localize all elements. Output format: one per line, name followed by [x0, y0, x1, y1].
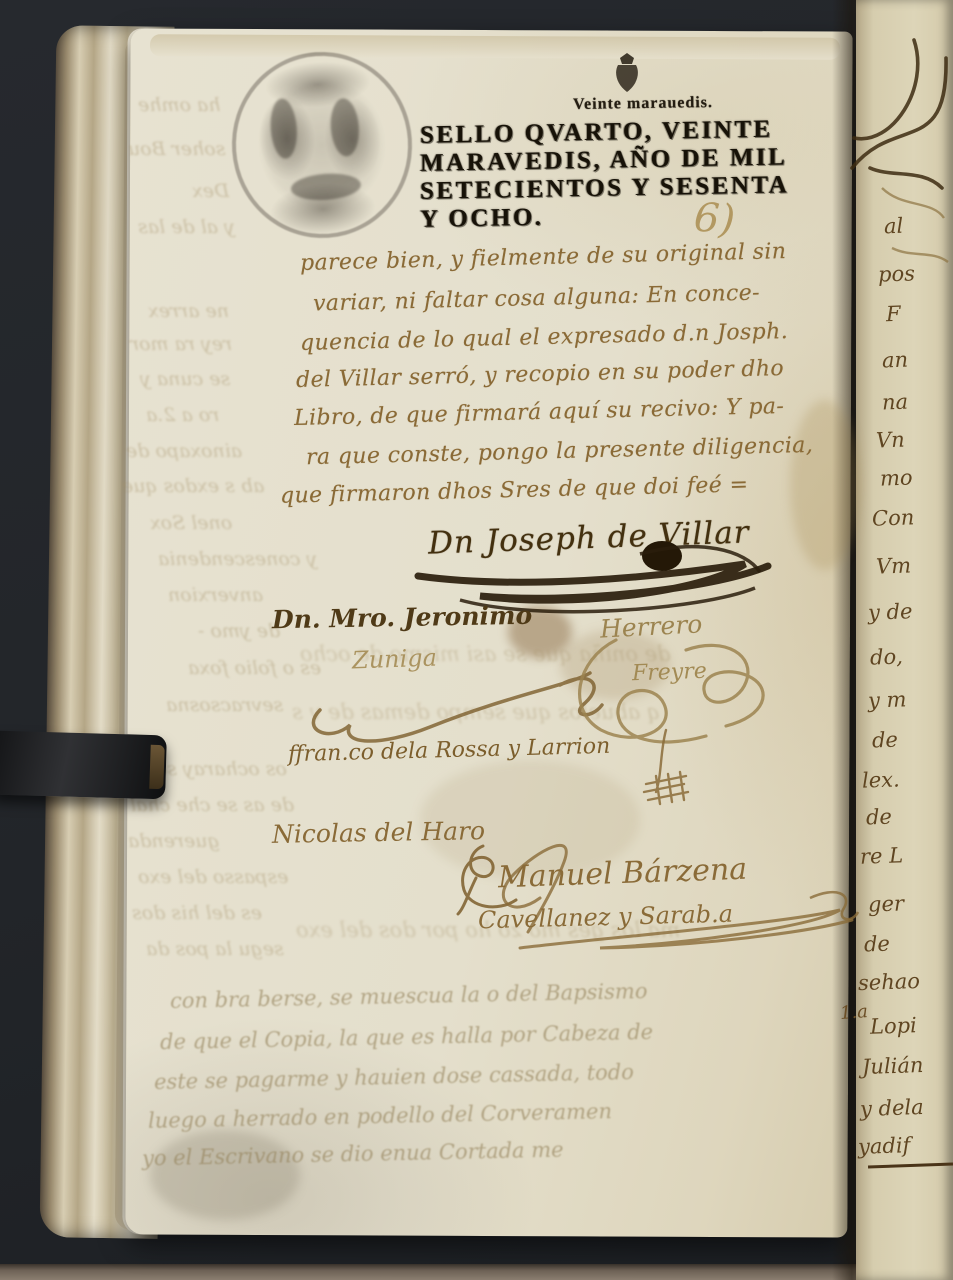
- text-line: de: [864, 932, 891, 957]
- text-line: na: [882, 390, 909, 415]
- text-line: yadif: [858, 1133, 911, 1159]
- text-line: lex.: [862, 767, 900, 792]
- text-line: y dela: [860, 1095, 924, 1121]
- text-line: y de: [868, 599, 913, 625]
- next-page-flourish: [852, 18, 953, 278]
- book-clasp-strap: [0, 731, 167, 800]
- text-line: Vm: [876, 553, 912, 578]
- text-line: Con: [872, 505, 915, 530]
- next-page-marginal-number: 1.a: [839, 1001, 868, 1024]
- book-clasp-tip: [149, 745, 165, 789]
- text-line: F: [886, 302, 901, 326]
- text-line: Vn: [876, 428, 906, 453]
- next-page-text-fragments: alposFannaVnmoConVmy dedo,y mdelex.dere …: [0, 0, 953, 1280]
- text-line: Julián: [862, 1053, 924, 1079]
- text-line: do,: [870, 644, 904, 669]
- text-line: ger: [868, 891, 905, 916]
- archival-photo-scene: Veinte marauedis. SELLO QVARTO, VEINTE M…: [0, 0, 953, 1280]
- text-line: re L: [860, 843, 904, 868]
- text-line: Lopi: [870, 1013, 918, 1039]
- text-line: an: [882, 348, 909, 373]
- text-line: de: [866, 805, 893, 830]
- text-line: sehao: [858, 969, 921, 995]
- text-line: de: [872, 728, 899, 753]
- text-line: mo: [880, 465, 913, 490]
- text-line: y m: [868, 687, 907, 712]
